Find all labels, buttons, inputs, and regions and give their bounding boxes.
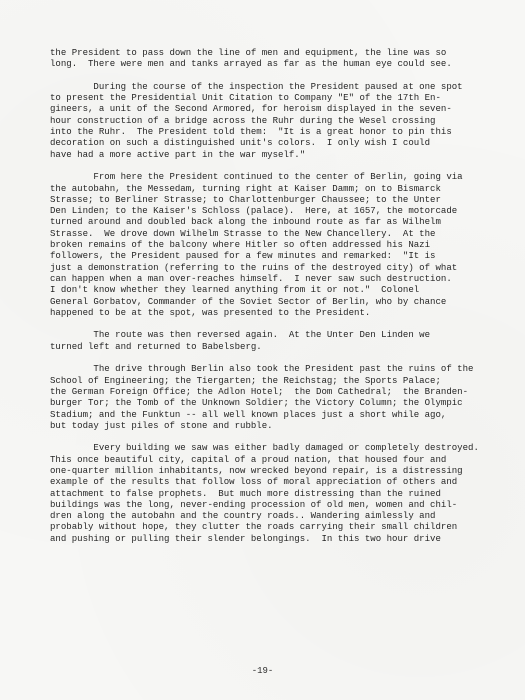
text-line: attachment to false prophets. But much m…: [50, 488, 480, 499]
text-line: School of Engineering; the Tiergarten; t…: [50, 375, 480, 386]
text-line: long. There were men and tanks arrayed a…: [50, 58, 480, 69]
text-line: gineers, a unit of the Second Armored, f…: [50, 103, 480, 114]
text-line: During the course of the inspection the …: [50, 81, 480, 92]
paragraph: The drive through Berlin also took the P…: [50, 363, 480, 431]
paragraph: During the course of the inspection the …: [50, 81, 480, 160]
text-line: the President to pass down the line of m…: [50, 47, 480, 58]
text-line: Every building we saw was either badly d…: [50, 442, 480, 453]
document-page: the President to pass down the line of m…: [0, 0, 525, 700]
text-line: turned left and returned to Babelsberg.: [50, 341, 480, 352]
text-line: Den Linden; to the Kaiser's Schloss (pal…: [50, 205, 480, 216]
text-line: the autobahn, the Messedam, turning righ…: [50, 183, 480, 194]
text-line: have had a more active part in the war m…: [50, 149, 480, 160]
text-line: can happen when a man over-reaches himse…: [50, 273, 480, 284]
text-line: hour construction of a bridge across the…: [50, 115, 480, 126]
document-body: the President to pass down the line of m…: [50, 47, 480, 555]
text-line: and pushing or pulling their slender bel…: [50, 533, 480, 544]
paragraph: The route was then reversed again. At th…: [50, 329, 480, 352]
text-line: one-quarter million inhabitants, now wre…: [50, 465, 480, 476]
paragraph: the President to pass down the line of m…: [50, 47, 480, 70]
text-line: followers, the President paused for a fe…: [50, 250, 480, 261]
text-line: turned around and doubled back along the…: [50, 216, 480, 227]
text-line: buildings was the long, never-ending pro…: [50, 499, 480, 510]
text-line: General Gorbatov, Commander of the Sovie…: [50, 296, 480, 307]
text-line: Strasse; to Berliner Strasse; to Charlot…: [50, 194, 480, 205]
text-line: broken remains of the balcony where Hitl…: [50, 239, 480, 250]
text-line: Stadium; and the Funktun -- all well kno…: [50, 409, 480, 420]
text-line: the German Foreign Office; the Adlon Hot…: [50, 386, 480, 397]
text-line: decoration on such a distinguished unit'…: [50, 137, 480, 148]
paragraph: From here the President continued to the…: [50, 171, 480, 318]
paragraph: Every building we saw was either badly d…: [50, 442, 480, 544]
text-line: burger Tor; the Tomb of the Unknown Sold…: [50, 397, 480, 408]
text-line: but today just piles of stone and rubble…: [50, 420, 480, 431]
text-line: The drive through Berlin also took the P…: [50, 363, 480, 374]
text-line: to present the Presidential Unit Citatio…: [50, 92, 480, 103]
text-line: dren along the autobahn and the country …: [50, 510, 480, 521]
page-number: -19-: [0, 666, 525, 676]
text-line: This once beautiful city, capital of a p…: [50, 454, 480, 465]
text-line: The route was then reversed again. At th…: [50, 329, 480, 340]
text-line: I don't know whether they learned anythi…: [50, 284, 480, 295]
text-line: From here the President continued to the…: [50, 171, 480, 182]
text-line: example of the results that follow loss …: [50, 476, 480, 487]
text-line: Strasse. We drove down Wilhelm Strasse t…: [50, 228, 480, 239]
text-line: just a demonstration (referring to the r…: [50, 262, 480, 273]
text-line: probably without hope, they clutter the …: [50, 521, 480, 532]
text-line: into the Ruhr. The President told them: …: [50, 126, 480, 137]
text-line: happened to be at the spot, was presente…: [50, 307, 480, 318]
